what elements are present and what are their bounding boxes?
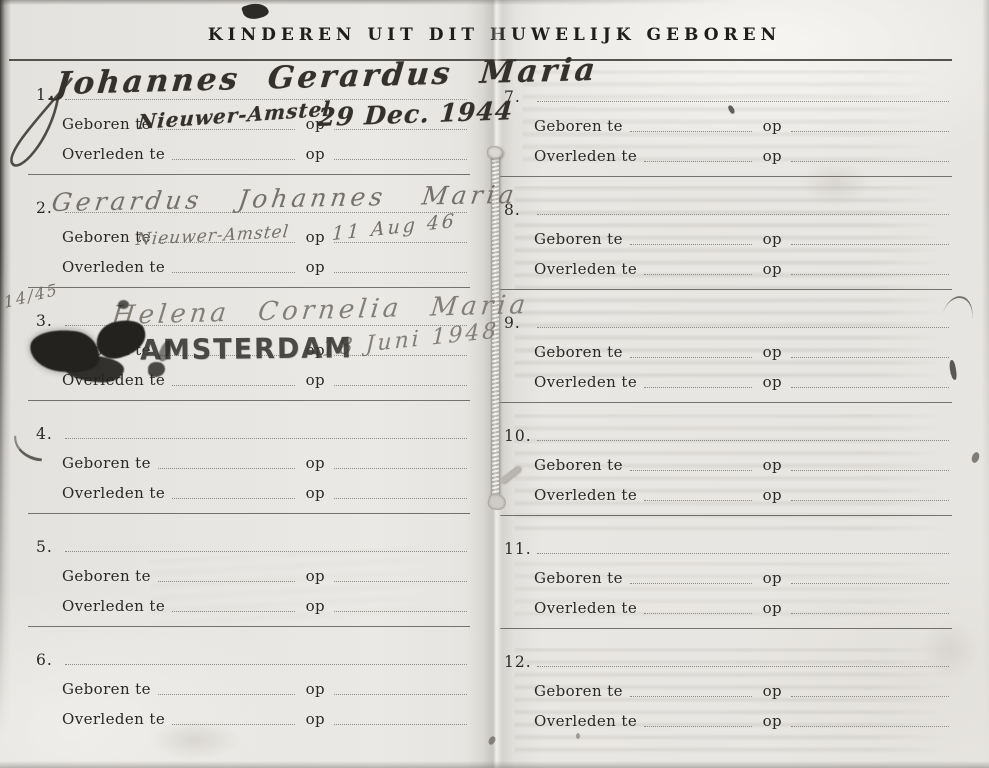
name-dotted-line bbox=[65, 211, 467, 213]
born-row: Geboren teop bbox=[28, 221, 470, 247]
entry-number: 5. bbox=[36, 538, 62, 556]
born-row: Geboren teop bbox=[28, 108, 470, 134]
on-label: op bbox=[763, 569, 782, 587]
born-place-dotted-line bbox=[630, 469, 752, 471]
born-date-dotted-line bbox=[791, 130, 949, 132]
died-label: Overleden te bbox=[62, 484, 165, 502]
born-date-dotted-line bbox=[791, 243, 949, 245]
scanned-family-record-page: KINDEREN UIT DIT HUWELIJK GEBOREN 1.Gebo… bbox=[0, 0, 989, 768]
child-name-row: 11. bbox=[500, 528, 952, 558]
died-row: Overleden teop bbox=[500, 253, 952, 279]
born-place-dotted-line bbox=[630, 582, 752, 584]
on-label: op bbox=[306, 371, 325, 389]
on-label: op bbox=[306, 145, 325, 163]
on-label: op bbox=[306, 228, 325, 246]
born-row: Geboren teop bbox=[500, 675, 952, 701]
born-date-dotted-line bbox=[334, 354, 467, 356]
on-label: op bbox=[306, 567, 325, 585]
born-place-dotted-line bbox=[158, 693, 295, 695]
header-rule bbox=[9, 59, 952, 61]
died-place-dotted-line bbox=[644, 386, 751, 388]
entry-block-2: 2.Geboren teopOverleden teop bbox=[28, 175, 470, 288]
died-place-dotted-line bbox=[644, 160, 751, 162]
died-date-dotted-line bbox=[334, 610, 467, 612]
born-date-dotted-line bbox=[791, 356, 949, 358]
died-place-dotted-line bbox=[172, 497, 294, 499]
ink-speck bbox=[487, 735, 497, 746]
born-place-dotted-line bbox=[630, 130, 752, 132]
born-row: Geboren teop bbox=[500, 110, 952, 136]
born-row: Geboren teop bbox=[28, 560, 470, 586]
name-dotted-line bbox=[65, 98, 467, 100]
died-row: Overleden teop bbox=[28, 477, 470, 503]
child-name-row: 1. bbox=[28, 74, 470, 104]
born-place-dotted-line bbox=[158, 580, 295, 582]
name-dotted-line bbox=[65, 550, 467, 552]
born-place-dotted-line bbox=[630, 243, 752, 245]
born-row: Geboren teop bbox=[28, 447, 470, 473]
entry-block-7: 7.Geboren teopOverleden teop bbox=[500, 64, 952, 177]
child-name-row: 12. bbox=[500, 641, 952, 671]
ink-mark bbox=[241, 0, 270, 22]
entry-block-12: 12.Geboren teopOverleden teop bbox=[500, 629, 952, 742]
on-label: op bbox=[763, 712, 782, 730]
born-date-dotted-line bbox=[334, 467, 467, 469]
born-place-dotted-line bbox=[158, 241, 295, 243]
entry-number: 7. bbox=[504, 88, 534, 106]
ink-speck bbox=[970, 451, 980, 464]
born-place-dotted-line bbox=[158, 128, 295, 130]
entry-number: 8. bbox=[504, 201, 534, 219]
born-label: Geboren te bbox=[62, 680, 151, 698]
died-label: Overleden te bbox=[534, 260, 637, 278]
born-label: Geboren te bbox=[534, 682, 623, 700]
entry-block-8: 8.Geboren teopOverleden teop bbox=[500, 177, 952, 290]
died-date-dotted-line bbox=[334, 723, 467, 725]
died-place-dotted-line bbox=[172, 723, 294, 725]
died-date-dotted-line bbox=[791, 273, 949, 275]
born-row: Geboren teop bbox=[500, 223, 952, 249]
died-label: Overleden te bbox=[62, 710, 165, 728]
child-name-row: 8. bbox=[500, 189, 952, 219]
born-label: Geboren te bbox=[62, 454, 151, 472]
born-date-dotted-line bbox=[791, 469, 949, 471]
entry-block-5: 5.Geboren teopOverleden teop bbox=[28, 514, 470, 627]
died-place-dotted-line bbox=[172, 271, 294, 273]
born-date-dotted-line bbox=[334, 241, 467, 243]
born-row: Geboren teop bbox=[500, 336, 952, 362]
died-label: Overleden te bbox=[62, 145, 165, 163]
died-label: Overleden te bbox=[534, 486, 637, 504]
on-label: op bbox=[306, 115, 325, 133]
on-label: op bbox=[306, 597, 325, 615]
born-label: Geboren te bbox=[534, 230, 623, 248]
born-label: Geboren te bbox=[62, 228, 151, 246]
name-dotted-line bbox=[537, 439, 949, 441]
died-label: Overleden te bbox=[534, 712, 637, 730]
entry-number: 12. bbox=[504, 653, 534, 671]
died-date-dotted-line bbox=[334, 384, 467, 386]
died-row: Overleden teop bbox=[28, 138, 470, 164]
born-label: Geboren te bbox=[62, 567, 151, 585]
entry-block-11: 11.Geboren teopOverleden teop bbox=[500, 516, 952, 629]
scan-edge-left bbox=[0, 0, 11, 768]
died-label: Overleden te bbox=[534, 147, 637, 165]
died-place-dotted-line bbox=[172, 384, 294, 386]
scan-edge-top bbox=[0, 0, 989, 5]
entry-number: 9. bbox=[504, 314, 534, 332]
name-dotted-line bbox=[537, 100, 949, 102]
child-name-row: 7. bbox=[500, 76, 952, 106]
died-place-dotted-line bbox=[644, 612, 751, 614]
on-label: op bbox=[763, 456, 782, 474]
entry-block-9: 9.Geboren teopOverleden teop bbox=[500, 290, 952, 403]
scan-edge-right bbox=[982, 0, 989, 768]
died-date-dotted-line bbox=[334, 271, 467, 273]
on-label: op bbox=[763, 599, 782, 617]
died-label: Overleden te bbox=[534, 599, 637, 617]
name-dotted-line bbox=[65, 437, 467, 439]
page-title: KINDEREN UIT DIT HUWELIJK GEBOREN bbox=[0, 25, 989, 45]
binding-thread-knot bbox=[487, 146, 503, 159]
on-label: op bbox=[763, 373, 782, 391]
died-date-dotted-line bbox=[334, 497, 467, 499]
died-row: Overleden teop bbox=[500, 479, 952, 505]
on-label: op bbox=[306, 258, 325, 276]
child-name-row: 4. bbox=[28, 413, 470, 443]
died-label: Overleden te bbox=[62, 258, 165, 276]
child-name-row: 5. bbox=[28, 526, 470, 556]
entries-column-right: 7.Geboren teopOverleden teop8.Geboren te… bbox=[500, 64, 952, 742]
on-label: op bbox=[763, 682, 782, 700]
died-place-dotted-line bbox=[644, 725, 751, 727]
born-date-dotted-line bbox=[334, 693, 467, 695]
died-date-dotted-line bbox=[791, 160, 949, 162]
born-label: Geboren te bbox=[534, 117, 623, 135]
on-label: op bbox=[763, 260, 782, 278]
born-label: Geboren te bbox=[534, 569, 623, 587]
born-row: Geboren teop bbox=[500, 449, 952, 475]
name-dotted-line bbox=[537, 213, 949, 215]
name-dotted-line bbox=[65, 663, 467, 665]
died-place-dotted-line bbox=[644, 499, 751, 501]
died-date-dotted-line bbox=[791, 499, 949, 501]
name-dotted-line bbox=[537, 326, 949, 328]
on-label: op bbox=[306, 454, 325, 472]
died-date-dotted-line bbox=[791, 612, 949, 614]
died-label: Overleden te bbox=[534, 373, 637, 391]
on-label: op bbox=[763, 117, 782, 135]
entry-block-6: 6.Geboren teopOverleden teop bbox=[28, 627, 470, 740]
died-label: Overleden te bbox=[62, 597, 165, 615]
died-row: Overleden teop bbox=[500, 140, 952, 166]
born-place-dotted-line bbox=[630, 695, 752, 697]
born-place-dotted-line bbox=[630, 356, 752, 358]
entry-number: 11. bbox=[504, 540, 534, 558]
entry-number: 2. bbox=[36, 199, 62, 217]
entry-number: 1. bbox=[36, 86, 62, 104]
born-place-dotted-line bbox=[158, 354, 295, 356]
died-row: Overleden teop bbox=[28, 703, 470, 729]
on-label: op bbox=[306, 341, 325, 359]
on-label: op bbox=[306, 484, 325, 502]
died-date-dotted-line bbox=[334, 158, 467, 160]
child-name-row: 10. bbox=[500, 415, 952, 445]
entry-number: 6. bbox=[36, 651, 62, 669]
on-label: op bbox=[306, 680, 325, 698]
born-place-dotted-line bbox=[158, 467, 295, 469]
child-name-row: 9. bbox=[500, 302, 952, 332]
died-row: Overleden teop bbox=[28, 590, 470, 616]
born-row: Geboren teop bbox=[28, 673, 470, 699]
entry-number: 10. bbox=[504, 427, 534, 445]
on-label: op bbox=[763, 147, 782, 165]
born-label: Geboren te bbox=[62, 115, 151, 133]
entries-column-left: 1.Geboren teopOverleden teop2.Geboren te… bbox=[28, 62, 470, 740]
born-date-dotted-line bbox=[334, 128, 467, 130]
entry-block-10: 10.Geboren teopOverleden teop bbox=[500, 403, 952, 516]
born-date-dotted-line bbox=[334, 580, 467, 582]
born-date-dotted-line bbox=[791, 582, 949, 584]
died-place-dotted-line bbox=[172, 158, 294, 160]
entry-number: 4. bbox=[36, 425, 62, 443]
born-date-dotted-line bbox=[791, 695, 949, 697]
died-date-dotted-line bbox=[791, 386, 949, 388]
entry-block-1: 1.Geboren teopOverleden teop bbox=[28, 62, 470, 175]
died-date-dotted-line bbox=[791, 725, 949, 727]
died-place-dotted-line bbox=[172, 610, 294, 612]
died-place-dotted-line bbox=[644, 273, 751, 275]
name-dotted-line bbox=[537, 665, 949, 667]
on-label: op bbox=[306, 710, 325, 728]
child-name-row: 6. bbox=[28, 639, 470, 669]
on-label: op bbox=[763, 230, 782, 248]
born-label: Geboren te bbox=[534, 343, 623, 361]
died-row: Overleden teop bbox=[500, 705, 952, 731]
ink-stamp-blot bbox=[118, 300, 129, 309]
born-label: Geboren te bbox=[534, 456, 623, 474]
name-dotted-line bbox=[537, 552, 949, 554]
died-row: Overleden teop bbox=[500, 366, 952, 392]
child-name-row: 2. bbox=[28, 187, 470, 217]
entry-block-4: 4.Geboren teopOverleden teop bbox=[28, 401, 470, 514]
child-name-row: 3. bbox=[28, 300, 470, 330]
on-label: op bbox=[763, 343, 782, 361]
died-row: Overleden teop bbox=[28, 251, 470, 277]
died-row: Overleden teop bbox=[500, 592, 952, 618]
scan-edge-bottom bbox=[0, 761, 989, 768]
binding-thread bbox=[492, 152, 499, 502]
born-row: Geboren teop bbox=[500, 562, 952, 588]
on-label: op bbox=[763, 486, 782, 504]
entry-number: 3. bbox=[36, 312, 62, 330]
